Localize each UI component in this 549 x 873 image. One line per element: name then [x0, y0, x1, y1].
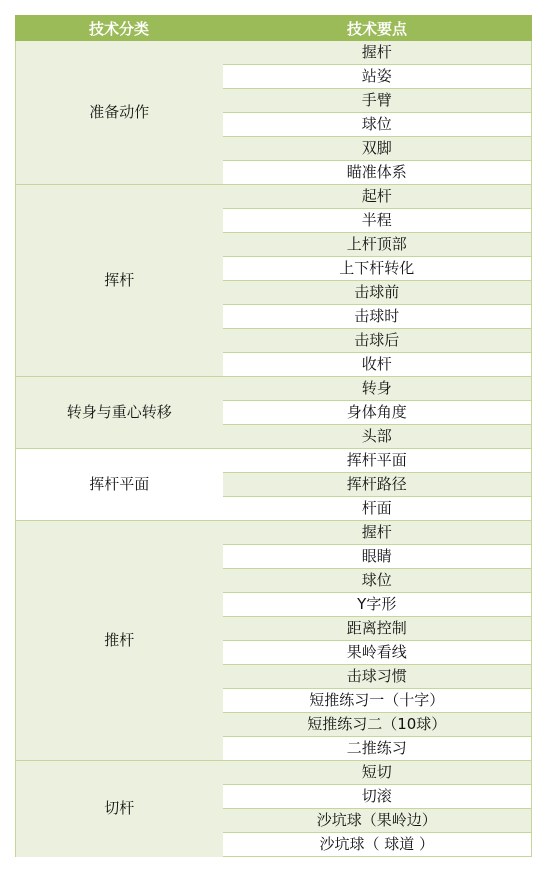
category-cell: 准备动作	[16, 41, 223, 185]
point-cell: 上杆顶部	[223, 233, 532, 257]
point-cell: 握杆	[223, 521, 532, 545]
point-cell: 收杆	[223, 353, 532, 377]
table-body: 准备动作握杆站姿手臂球位双脚瞄准体系挥杆起杆半程上杆顶部上下杆转化击球前击球时击…	[16, 41, 532, 857]
point-cell: 沙坑球（ 球道 ）	[223, 833, 532, 857]
category-cell: 转身与重心转移	[16, 377, 223, 449]
point-cell: 身体角度	[223, 401, 532, 425]
category-cell: 切杆	[16, 761, 223, 857]
table-row: 转身与重心转移转身	[16, 377, 532, 401]
point-cell: 握杆	[223, 41, 532, 65]
point-cell: 二推练习	[223, 737, 532, 761]
table-row: 挥杆平面挥杆平面	[16, 449, 532, 473]
point-cell: 切滚	[223, 785, 532, 809]
point-cell: 半程	[223, 209, 532, 233]
header-points: 技术要点	[223, 16, 532, 41]
point-cell: 击球习惯	[223, 665, 532, 689]
point-cell: 球位	[223, 113, 532, 137]
table-row: 挥杆起杆	[16, 185, 532, 209]
point-cell: 双脚	[223, 137, 532, 161]
point-cell: 击球前	[223, 281, 532, 305]
table-row: 准备动作握杆	[16, 41, 532, 65]
point-cell: 果岭看线	[223, 641, 532, 665]
technique-table: 技术分类 技术要点 准备动作握杆站姿手臂球位双脚瞄准体系挥杆起杆半程上杆顶部上下…	[15, 15, 532, 857]
header-category: 技术分类	[16, 16, 223, 41]
category-cell: 挥杆平面	[16, 449, 223, 521]
point-cell: 击球时	[223, 305, 532, 329]
header-row: 技术分类 技术要点	[16, 16, 532, 41]
point-cell: 短推练习一（十字）	[223, 689, 532, 713]
point-cell: 球位	[223, 569, 532, 593]
category-cell: 挥杆	[16, 185, 223, 377]
point-cell: 杆面	[223, 497, 532, 521]
point-cell: 瞄准体系	[223, 161, 532, 185]
point-cell: 短推练习二（10球）	[223, 713, 532, 737]
point-cell: 距离控制	[223, 617, 532, 641]
point-cell: 手臂	[223, 89, 532, 113]
point-cell: 挥杆路径	[223, 473, 532, 497]
point-cell: Y字形	[223, 593, 532, 617]
table-row: 切杆短切	[16, 761, 532, 785]
point-cell: 挥杆平面	[223, 449, 532, 473]
point-cell: 眼睛	[223, 545, 532, 569]
point-cell: 起杆	[223, 185, 532, 209]
point-cell: 上下杆转化	[223, 257, 532, 281]
point-cell: 沙坑球（果岭边）	[223, 809, 532, 833]
point-cell: 站姿	[223, 65, 532, 89]
category-cell: 推杆	[16, 521, 223, 761]
point-cell: 头部	[223, 425, 532, 449]
point-cell: 击球后	[223, 329, 532, 353]
table-row: 推杆握杆	[16, 521, 532, 545]
point-cell: 短切	[223, 761, 532, 785]
point-cell: 转身	[223, 377, 532, 401]
